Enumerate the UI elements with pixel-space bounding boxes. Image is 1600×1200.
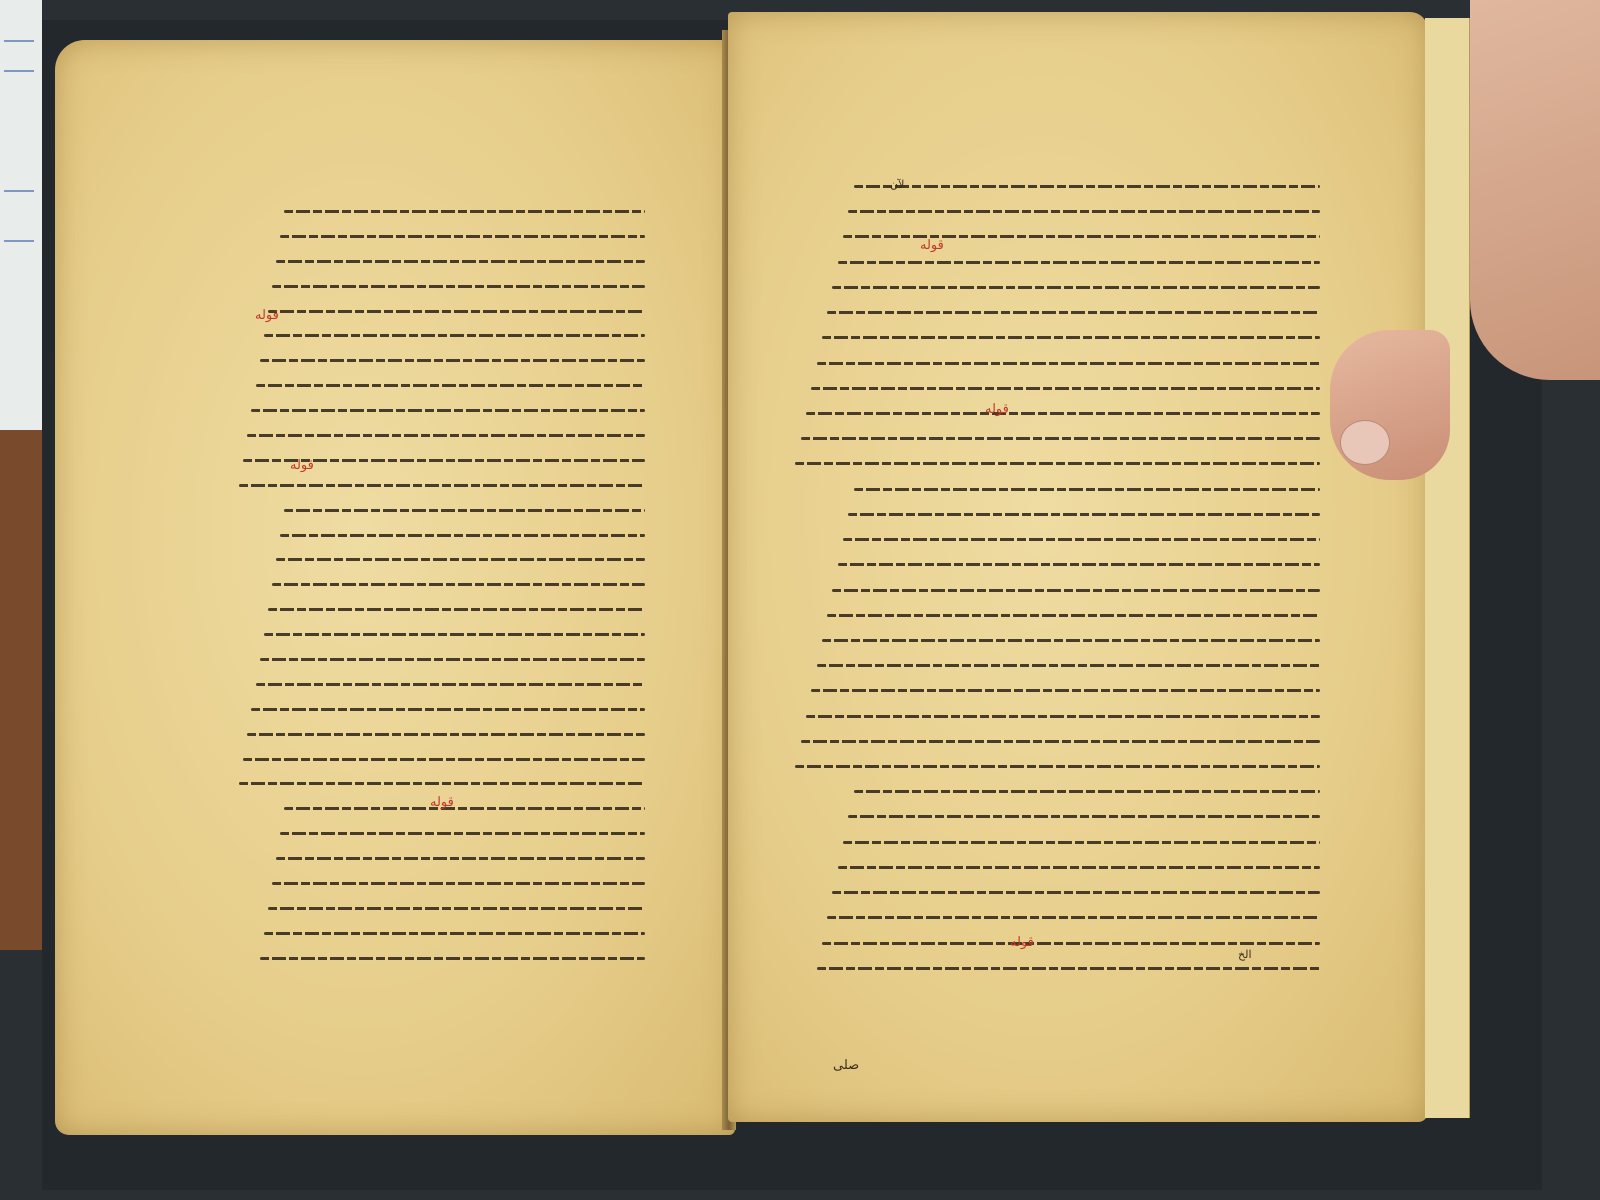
rubric-marker: قوله: [985, 402, 1009, 417]
manuscript-line: [832, 891, 1320, 894]
manuscript-line: [827, 614, 1320, 617]
manuscript-line: [854, 185, 1320, 188]
manuscript-line: [276, 857, 645, 860]
right-page-text-block: [790, 185, 1320, 970]
manuscript-line: [848, 815, 1320, 818]
manuscript-line: [822, 336, 1320, 339]
ink-scribble: [4, 40, 34, 42]
page-stack-edge: [1425, 18, 1439, 1118]
manuscript-line: [272, 882, 645, 885]
ink-scribble: [4, 70, 34, 72]
manuscript-line: [832, 286, 1320, 289]
manuscript-line: [801, 740, 1320, 743]
manuscript-line: [854, 790, 1320, 793]
manuscript-line: [256, 683, 646, 686]
top-margin-note: لآن: [890, 178, 904, 191]
manuscript-line: [838, 261, 1320, 264]
manuscript-line: [264, 932, 645, 935]
manuscript-line: [822, 639, 1320, 642]
manuscript-line: [838, 563, 1320, 566]
manuscript-line: [268, 310, 645, 313]
manuscript-line: [280, 832, 645, 835]
manuscript-line: [264, 334, 645, 337]
manuscript-line: [260, 359, 645, 362]
page-stack-edge: [1450, 18, 1470, 1118]
manuscript-line: [251, 708, 645, 711]
manuscript-line: [243, 758, 645, 761]
manuscript-line: [272, 583, 645, 586]
side-margin-note: الخ: [1238, 948, 1252, 961]
catchword: صلى: [833, 1058, 859, 1073]
manuscript-line: [280, 534, 645, 537]
rubric-marker: قوله: [920, 238, 944, 253]
manuscript-line: [848, 513, 1320, 516]
manuscript-line: [239, 782, 645, 785]
manuscript-line: [827, 311, 1320, 314]
manuscript-line: [795, 765, 1320, 768]
rubric-marker: قوله: [255, 308, 279, 323]
manuscript-line: [827, 916, 1320, 919]
manuscript-line: [260, 658, 645, 661]
manuscript-line: [284, 210, 645, 213]
manuscript-line: [239, 484, 645, 487]
manuscript-line: [247, 733, 645, 736]
desk-surface: [0, 430, 42, 950]
manuscript-line: [817, 967, 1321, 970]
manuscript-line: [843, 235, 1320, 238]
manuscript-line: [264, 633, 645, 636]
hand: [1470, 0, 1600, 380]
manuscript-line: [260, 957, 645, 960]
manuscript-line: [854, 488, 1320, 491]
manuscript-line: [247, 434, 645, 437]
manuscript-line: [822, 942, 1320, 945]
manuscript-line: [272, 285, 645, 288]
manuscript-line: [795, 462, 1320, 465]
manuscript-line: [268, 907, 645, 910]
rubric-marker: قوله: [290, 458, 314, 473]
manuscript-line: [817, 362, 1321, 365]
manuscript-line: [276, 558, 645, 561]
manuscript-line: [848, 210, 1320, 213]
thumbnail: [1340, 420, 1390, 465]
rubric-marker: قوله: [430, 795, 454, 810]
manuscript-line: [268, 608, 645, 611]
manuscript-line: [251, 409, 645, 412]
manuscript-line: [284, 509, 645, 512]
ink-scribble: [4, 240, 34, 242]
left-page-text-block: [235, 210, 645, 960]
manuscript-line: [843, 538, 1320, 541]
manuscript-line: [838, 866, 1320, 869]
manuscript-line: [817, 664, 1321, 667]
manuscript-line: [801, 437, 1320, 440]
manuscript-line: [284, 807, 645, 810]
manuscript-line: [806, 412, 1320, 415]
rubric-marker: قوله: [1010, 935, 1034, 950]
manuscript-line: [811, 689, 1320, 692]
manuscript-line: [811, 387, 1320, 390]
manuscript-line: [280, 235, 645, 238]
manuscript-line: [806, 715, 1320, 718]
ink-scribble: [4, 190, 34, 192]
manuscript-line: [256, 384, 646, 387]
manuscript-line: [832, 589, 1320, 592]
manuscript-line: [843, 841, 1320, 844]
manuscript-line: [276, 260, 645, 263]
